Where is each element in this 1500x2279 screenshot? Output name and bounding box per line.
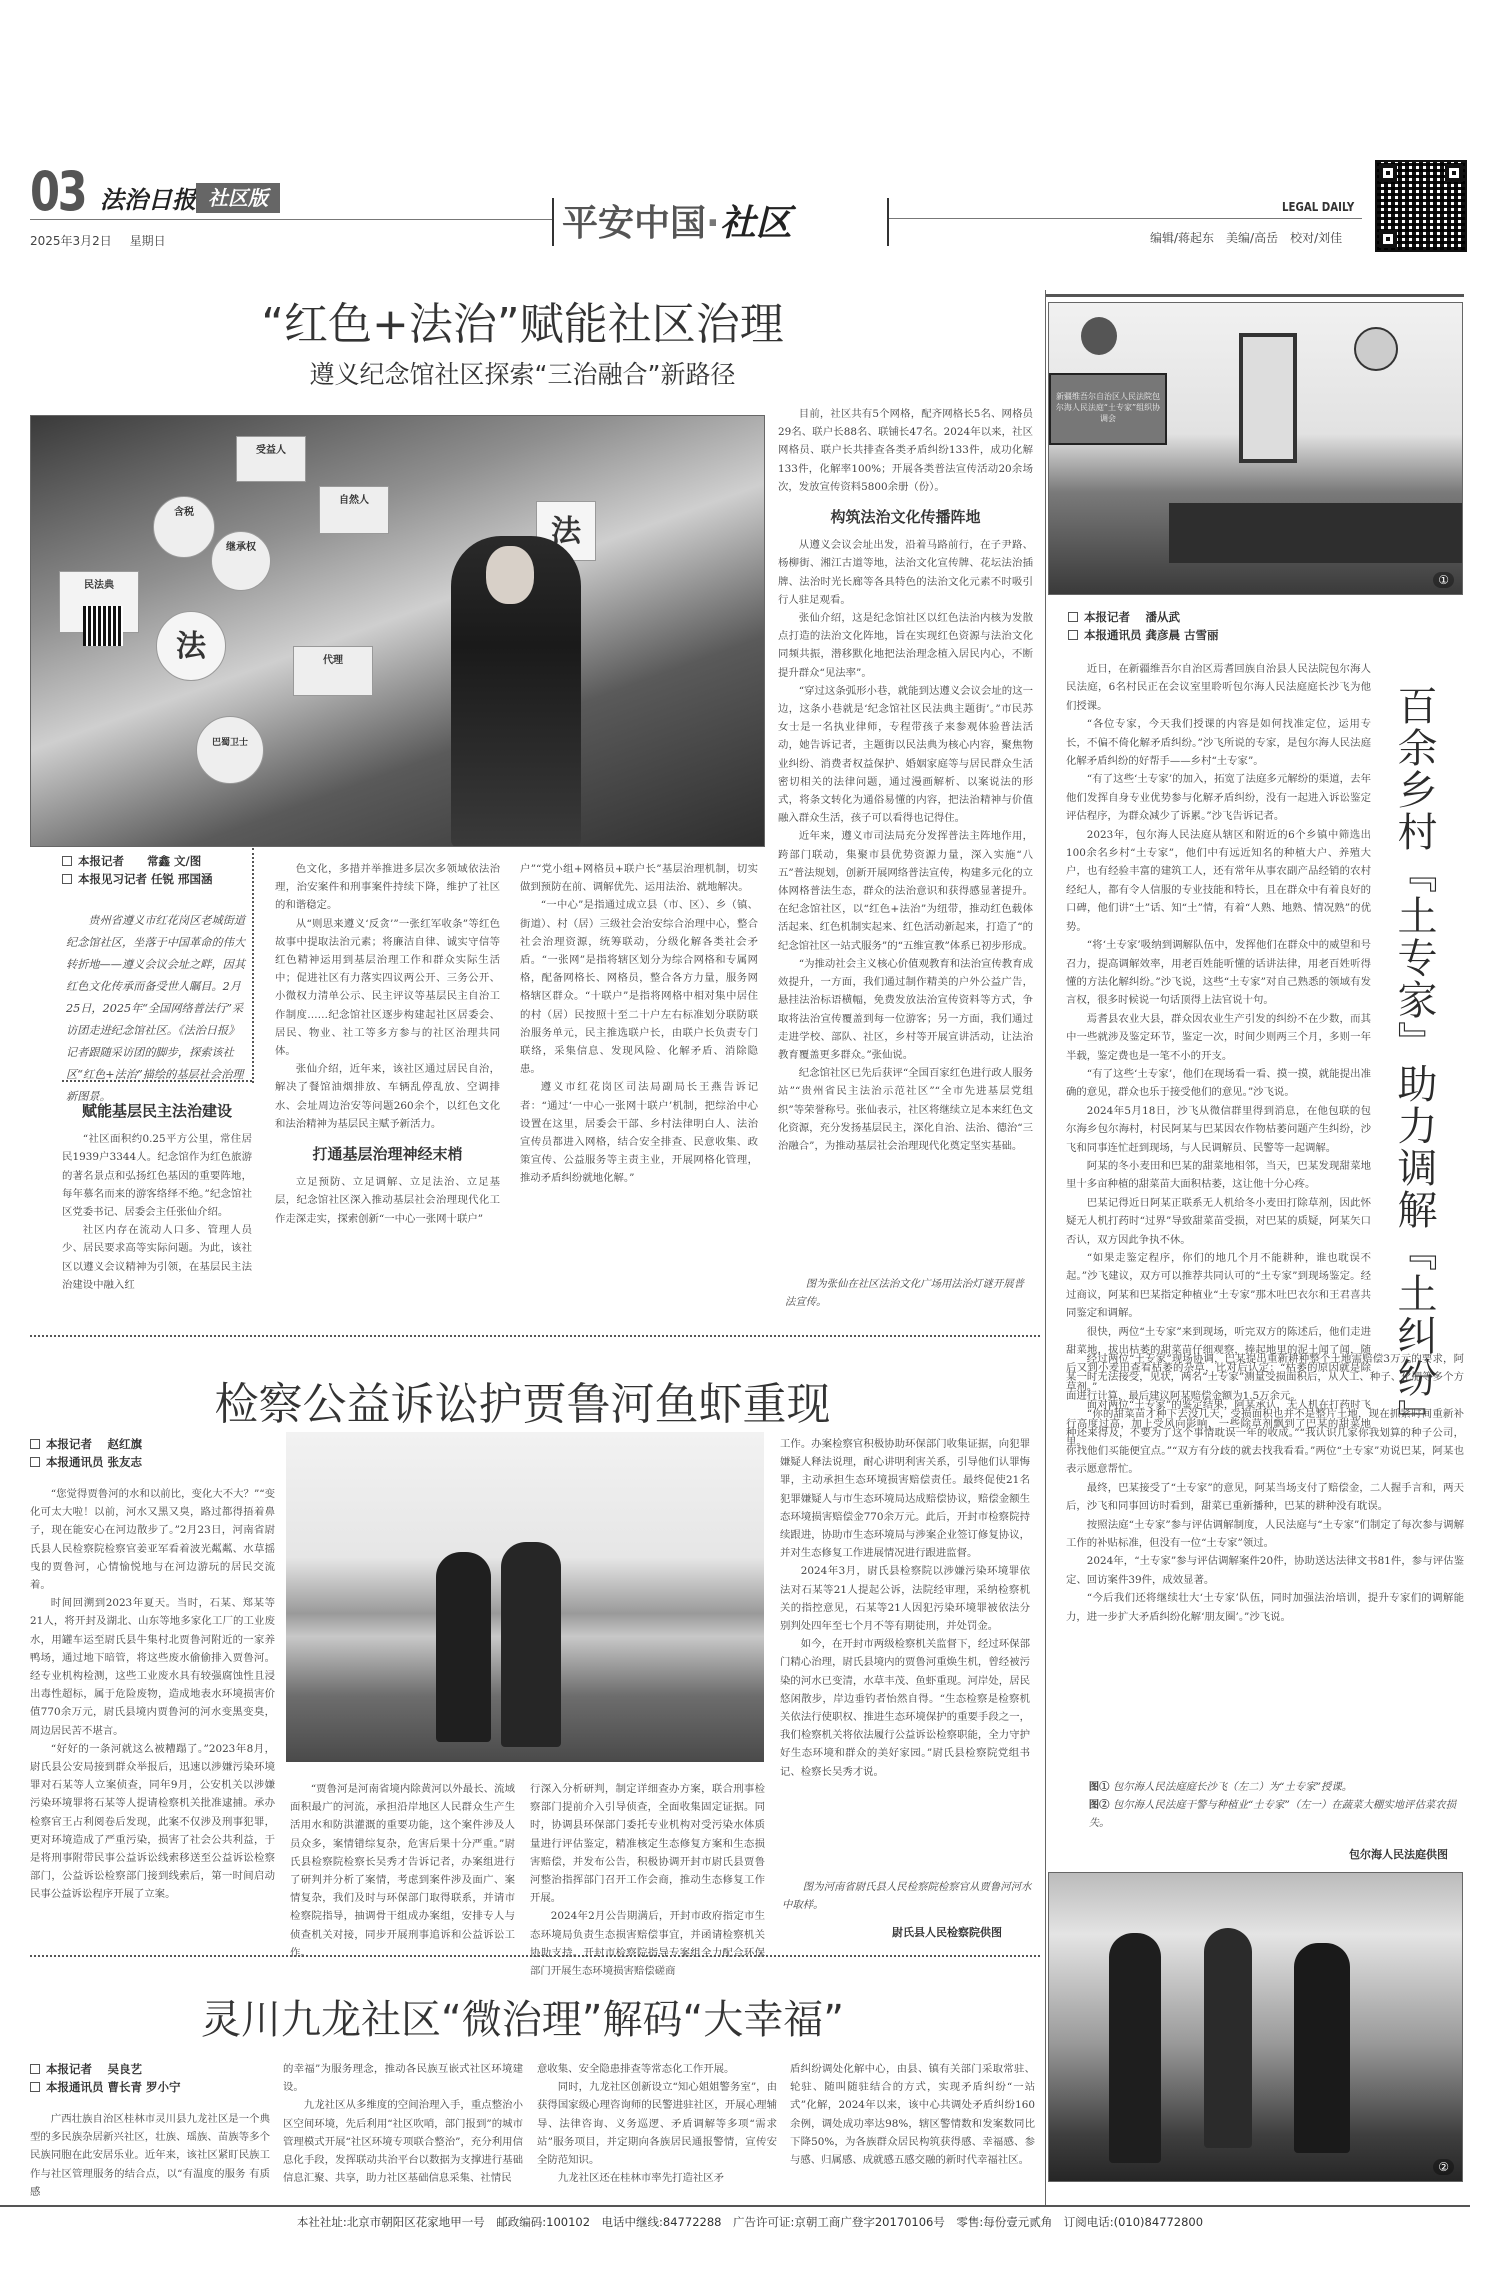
photo-sign: 法 xyxy=(156,611,226,681)
article-3-body: 近日，在新疆维吾尔自治区焉耆回族自治县人民法院包尔海人民法庭，6名村民正在会议室… xyxy=(1066,660,1371,1451)
checkbox-icon xyxy=(1068,630,1078,640)
article-2-col4: 工作。办案检察官积极协助环保部门收集证据，向犯罪嫌疑人释法说理，耐心讲明利害关系… xyxy=(780,1435,1030,1781)
checkbox-icon xyxy=(30,1457,40,1467)
divider xyxy=(252,848,254,1083)
masthead-rule-right xyxy=(889,218,1362,219)
photo-sign: 代理 xyxy=(293,646,373,696)
masthead-rule-left xyxy=(30,219,552,220)
photo-sign: 含税 xyxy=(153,496,215,558)
article-4-col3: 意收集、安全隐患排查等常态化工作开展。 同时，九龙社区创新设立“知心姐姐警务室”… xyxy=(537,2060,777,2187)
article-3-top-rule xyxy=(1046,294,1464,297)
byline: 本报见习记者 任锐 邢国涵 xyxy=(62,870,262,888)
article-1-col1: 赋能基层民主法治建设 “社区面积约0.25平方公里，常住居民1939户3344人… xyxy=(62,1090,252,1294)
photo-emblem-icon xyxy=(1081,317,1117,355)
section-separator xyxy=(30,1335,1040,1337)
article-3-photo-2: ② xyxy=(1048,1872,1463,2182)
section-separator xyxy=(30,1955,1040,1957)
paper-name: 法治日报 xyxy=(100,180,196,215)
edition-badge: 社区版 xyxy=(196,183,280,213)
photo-number-label: ① xyxy=(1433,572,1454,588)
article-4-title: 灵川九龙社区“微治理”解码“大幸福” xyxy=(0,1988,1045,2045)
page-number: 03 xyxy=(30,160,85,223)
section-title-left: 平安中国 xyxy=(562,203,706,244)
article-4-col4: 盾纠纷调处化解中心，由县、镇有关部门采取常驻、轮驻、随叫随驻结合的方式，实现矛盾… xyxy=(790,2060,1035,2169)
subheading: 打通基层治理神经末梢 xyxy=(275,1145,500,1163)
article-1-col3: 户”“党小组+网格员+联户长”基层治理机制，切实做到预防在前、调解优先、运用法治… xyxy=(520,860,758,1188)
checkbox-icon xyxy=(30,2064,40,2074)
article-3-body-lower: 经过两位“土专家”现场协调，巴某提出重新耕种整个土地需赔偿3万元的要求，阿某一时… xyxy=(1066,1350,1464,1626)
byline: 本报通讯员 龚彦晨 古雪丽 xyxy=(1068,626,1368,644)
photo-person xyxy=(1204,1928,1252,2148)
photo-qr-code xyxy=(83,606,123,646)
photo-caption: 图② 包尔海人民法庭干警与种植业“土专家”（左一）在蔬菜大棚实地评估菜农损失。 xyxy=(1068,1796,1463,1832)
article-4: 灵川九龙社区“微治理”解码“大幸福” 本报记者 吴良艺 本报通讯员 曹长青 罗小… xyxy=(0,1960,1045,2205)
weekday: 星期日 xyxy=(130,234,166,248)
photo-window xyxy=(1239,333,1297,463)
article-2-photo xyxy=(286,1432,764,1762)
article-3-photo-1: 新疆维吾尔自治区人民法院包尔海人民法庭“土专家”组织协调会 ① xyxy=(1048,302,1463,595)
subheading: 构筑法治文化传播阵地 xyxy=(778,508,1033,526)
article-2-col3: 行深入分析研判，制定详细查办方案，联合刑事检察部门提前介入引导侦查，全面收集固定… xyxy=(530,1780,765,1980)
photo-number-label: ② xyxy=(1433,2159,1454,2175)
footer-rule xyxy=(0,2205,1470,2207)
issue-date: 2025年3月2日 星期日 xyxy=(30,232,166,249)
article-1-subtitle: 遵义纪念馆社区探索“三治融合”新路径 xyxy=(0,355,1045,391)
article-3-captions: 图① 包尔海人民法庭庭长沙飞（左二）为“土专家”授课。 图② 包尔海人民法庭干警… xyxy=(1068,1778,1463,1862)
article-1-bylines: 本报记者 常鑫 文/图 本报见习记者 任锐 邢国涵 xyxy=(62,852,262,888)
date: 2025年3月2日 xyxy=(30,234,112,248)
photo-person-face xyxy=(486,546,534,604)
staff-credits: 编辑/蒋起东 美编/高岳 校对/刘佳 xyxy=(1150,229,1342,246)
byline: 本报通讯员 曹长青 罗小宁 xyxy=(30,2078,260,2096)
article-4-bylines: 本报记者 吴良艺 本报通讯员 曹长青 罗小宁 xyxy=(30,2060,260,2096)
article-1-title: “红色+法治”赋能社区治理 xyxy=(0,288,1045,352)
byline: 本报通讯员 张友志 xyxy=(30,1453,260,1471)
byline: 本报记者 潘从武 xyxy=(1068,608,1368,626)
photo-sign: 继承权 xyxy=(211,531,271,591)
subheading: 赋能基层民主法治建设 xyxy=(62,1102,252,1120)
article-1-photo: 受益人 含税 民法典 继承权 自然人 法 代理 巴蜀卫士 持谨恶守 法 xyxy=(30,415,765,847)
photo-person xyxy=(1109,1933,1161,2163)
article-2-credit: 尉氏县人民检察院供图 xyxy=(782,1924,1002,1940)
article-3-bylines: 本报记者 潘从武 本报通讯员 龚彦晨 古雪丽 xyxy=(1068,608,1368,644)
article-1: “红色+法治”赋能社区治理 遵义纪念馆社区探索“三治融合”新路径 受益人 含税 … xyxy=(0,260,1045,1335)
photo-person xyxy=(1294,1943,1350,2153)
qr-code[interactable] xyxy=(1375,160,1467,252)
article-2-col1: “您觉得贾鲁河的水和以前比，变化大不大？”“变化可太大啦！以前，河水又黑又臭，路… xyxy=(30,1485,275,1904)
section-title: 平安中国·社区 xyxy=(562,195,792,246)
checkbox-icon xyxy=(30,1439,40,1449)
article-2-col2: “贾鲁河是河南省境内除黄河以外最长、流域面积最广的河流，承担沿岸地区人民群众生产… xyxy=(290,1780,515,1962)
section-title-right: 社区 xyxy=(720,202,792,244)
article-2-title: 检察公益诉讼护贾鲁河鱼虾重现 xyxy=(0,1368,1045,1432)
checkbox-icon xyxy=(30,2082,40,2092)
photo-person xyxy=(436,1552,491,1742)
article-2: 检察公益诉讼护贾鲁河鱼虾重现 本报记者 赵红旗 本报通讯员 张友志 “您觉得贾鲁… xyxy=(0,1340,1045,1970)
article-3-credit: 包尔海人民法庭供图 xyxy=(1068,1846,1448,1862)
photo-sign: 受益人 xyxy=(236,436,306,482)
english-name: LEGAL DAILY xyxy=(1282,200,1354,214)
photo-table xyxy=(1169,503,1463,563)
article-4-col2: 的幸福”为服务理念，推动各民族互嵌式社区环境建设。 九龙社区从多维度的空间治理入… xyxy=(283,2060,523,2187)
section-divider-left xyxy=(552,198,554,246)
article-1-lead: 贵州省遵义市红花岗区老城街道纪念馆社区，坐落于中国革命的伟大转折地——遵义会议会… xyxy=(66,910,246,1108)
checkbox-icon xyxy=(62,874,72,884)
footer-info: 本社社址:北京市朝阳区花家地甲一号 邮政编码:100102 电话中继线:8477… xyxy=(0,2214,1500,2230)
byline: 本报记者 吴良艺 xyxy=(30,2060,260,2078)
article-1-caption: 图为张仙在社区法治文化广场用法治灯谜开展普法宣传。 xyxy=(785,1275,1030,1311)
photo-court-emblem-icon xyxy=(1354,327,1398,371)
checkbox-icon xyxy=(62,856,72,866)
section-divider-right xyxy=(887,198,889,246)
article-2-caption: 图为河南省尉氏县人民检察院检察官从贾鲁河河水中取样。 xyxy=(782,1878,1032,1914)
checkbox-icon xyxy=(1068,612,1078,622)
caption-label: 图② xyxy=(1089,1799,1110,1811)
byline: 本报记者 赵红旗 xyxy=(30,1435,260,1453)
photo-screen: 新疆维吾尔自治区人民法院包尔海人民法庭“土专家”组织协调会 xyxy=(1049,373,1167,445)
qr-corner-icon xyxy=(1379,164,1397,182)
article-3: 新疆维吾尔自治区人民法院包尔海人民法庭“土专家”组织协调会 ① 本报记者 潘从武… xyxy=(1045,290,1475,2205)
caption-label: 图① xyxy=(1089,1781,1110,1793)
article-2-bylines: 本报记者 赵红旗 本报通讯员 张友志 xyxy=(30,1435,260,1471)
article-4-col1: 广西壮族自治区桂林市灵川县九龙社区是一个典型的多民族杂居新兴社区，壮族、瑶族、苗… xyxy=(30,2110,270,2201)
photo-sign: 巴蜀卫士 xyxy=(196,716,264,784)
photo-caption: 图① 包尔海人民法庭庭长沙飞（左二）为“土专家”授课。 xyxy=(1068,1778,1463,1796)
divider xyxy=(62,1080,252,1082)
article-1-col2: 色文化，多措并举推进多层次多领域依法治理，治安案件和刑事案件持续下降，维护了社区… xyxy=(275,860,500,1228)
photo-sign: 自然人 xyxy=(319,486,389,534)
masthead: 03 法治日报 社区版 2025年3月2日 星期日 平安中国·社区 LEGAL … xyxy=(0,0,1500,260)
section-dot: · xyxy=(706,203,720,244)
byline: 本报记者 常鑫 文/图 xyxy=(62,852,262,870)
qr-corner-icon xyxy=(1445,164,1463,182)
photo-person xyxy=(501,1542,561,1747)
qr-corner-icon xyxy=(1379,230,1397,248)
article-1-col4: 目前，社区共有5个网格，配齐网格长5名、网格员29名、联户长88名、联铺长47名… xyxy=(778,405,1033,1155)
